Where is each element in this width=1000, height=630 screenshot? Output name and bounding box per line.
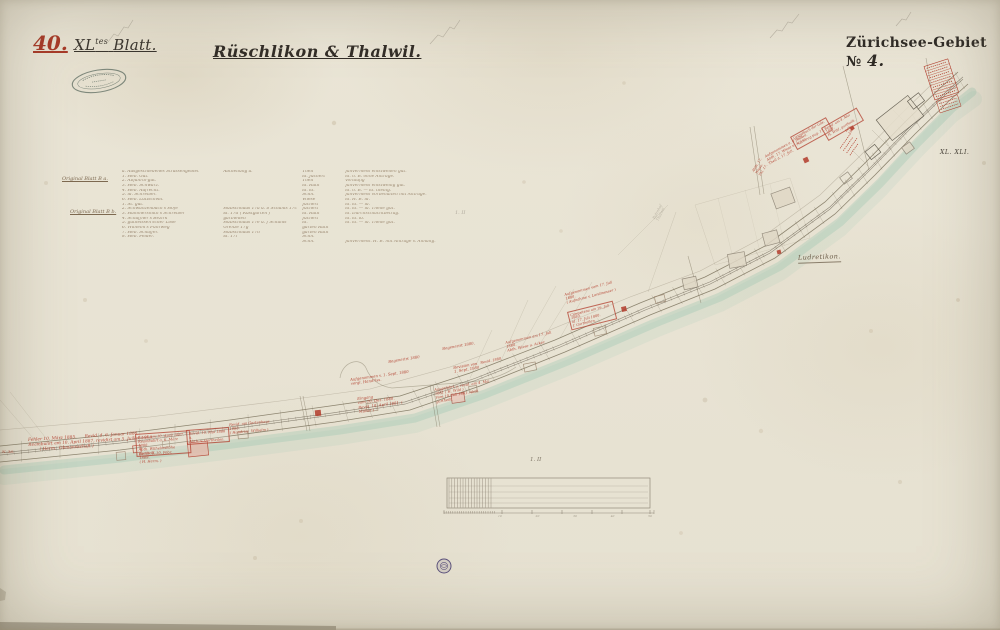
map-drawing	[0, 0, 1000, 630]
page-edge-shadow	[0, 588, 1000, 630]
sheet-sup: tes	[95, 37, 108, 46]
profile-ruler-numbers: 1020304050	[498, 514, 652, 518]
ruler-number: 40	[611, 514, 615, 518]
pencil-marks	[108, 12, 911, 44]
red-annotation: Revid. 10. Mai 1888 u. Abth. v. Gartheil…	[186, 427, 230, 445]
scanned-map-page: 40. XLtes Blatt. Rüschlikon & Thalwil. Z…	[0, 0, 1000, 630]
register-cell	[223, 240, 302, 245]
buildings-layer	[116, 93, 924, 461]
register-rows: a. Ausgeschiedenes StrassengebietAbtheil…	[122, 170, 474, 245]
register-group-a-label: Original Blatt B a.	[62, 176, 108, 182]
red-annotation: N. 36.	[2, 450, 24, 455]
sheet-title: Rüschlikon & Thalwil.	[213, 42, 421, 61]
sheet-number: 40.	[33, 31, 68, 55]
parcel-register: Original Blatt B a. Original Blatt B b. …	[60, 170, 474, 245]
ruler-number: 50	[648, 514, 652, 518]
shoreline-wash	[4, 92, 974, 477]
register-group-b-label: Original Blatt B b.	[70, 209, 116, 215]
ruler-number: 30	[573, 514, 577, 518]
region-number: 4.	[867, 51, 885, 70]
round-stamp-icon	[437, 559, 451, 573]
register-cell: Janvermess. H. B. mit Anträge v. Anhang.	[345, 240, 474, 245]
place-label-ludretikon: Ludretikon.	[798, 252, 841, 263]
profile-drawing	[444, 478, 654, 514]
register-cell	[122, 240, 223, 245]
red-annotation: Revid. a. 10. Febr. 1889. ( H. Herm. )	[139, 450, 180, 464]
oval-stamp-icon	[71, 66, 128, 96]
foxing-spots	[0, 0, 2, 2]
sheet-roman: XL	[74, 36, 95, 54]
section-label-profile: 1. II	[530, 457, 541, 463]
ruler-number: 20	[536, 514, 540, 518]
sheet-label: XLtes Blatt.	[74, 36, 157, 54]
adjacent-sheets-label: XL. XLI.	[940, 149, 969, 156]
register-row: Schn.Janvermess. H. B. mit Anträge v. An…	[122, 240, 474, 245]
section-label-map: 1. II	[455, 210, 465, 216]
region-title: Zürichsee-Gebiet № 4.	[846, 35, 1000, 70]
register-cell: Schn.	[302, 240, 345, 245]
ruler-number: 10	[498, 514, 502, 518]
sheet-word: Blatt.	[113, 36, 156, 54]
